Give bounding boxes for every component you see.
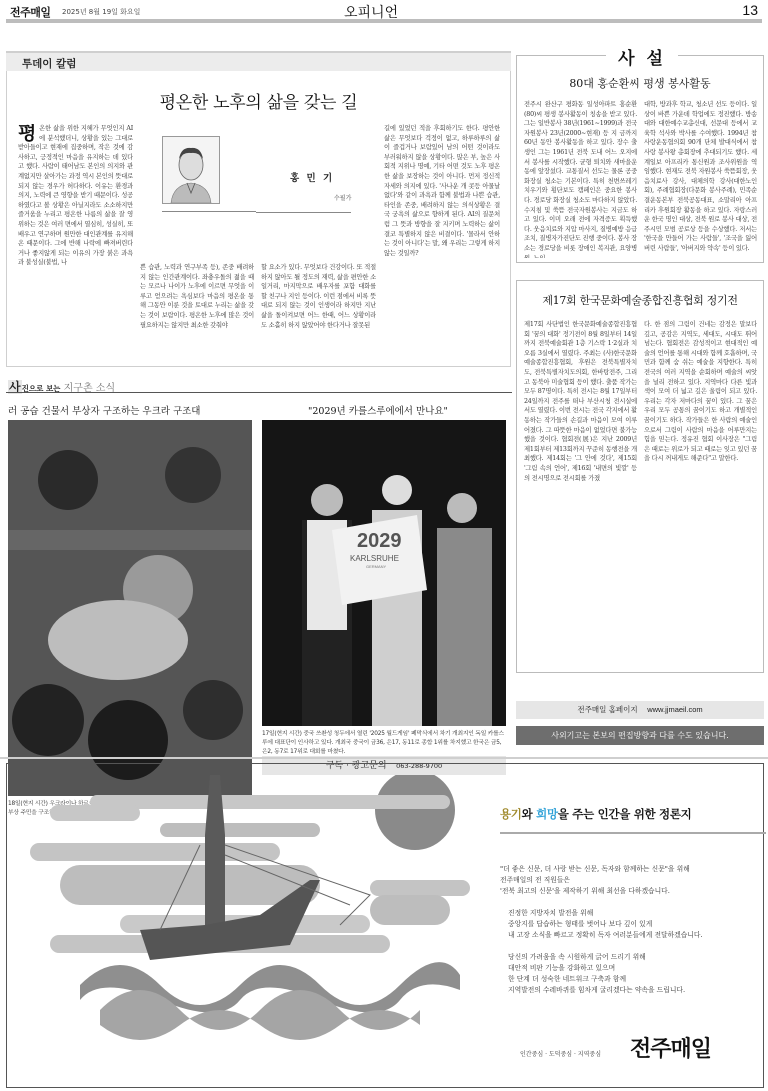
homepage-bar[interactable]: 전주매일 홈페이지 www.jjmaeil.com xyxy=(516,701,764,719)
page-number: 13 xyxy=(742,2,758,18)
editorial-label: 사 설 xyxy=(606,44,678,69)
homepage-label: 전주매일 홈페이지 xyxy=(577,705,637,714)
ad-slogan: 인간중심 · 도덕중심 · 지역중심 xyxy=(520,1049,601,1058)
disclaimer-bar: 사외기고는 본보의 편집방향과 다를 수도 있습니다. xyxy=(516,726,764,745)
photo-news-title-2: "2029년 카를스루에에서 만나요" xyxy=(308,403,448,417)
karlsruhe-photo: 2029 KARLSRUHE GERMANY xyxy=(262,420,506,726)
sign-country: GERMANY xyxy=(366,564,386,569)
rescue-scene-illustration xyxy=(8,420,252,796)
author-photo xyxy=(162,136,220,204)
sign-city: KARLSRUHE xyxy=(350,554,399,563)
ad-paragraph-1: "더 좋은 신문, 더 사랑 받는 신문, 독자와 함께하는 신문"을 위해 전… xyxy=(500,864,690,897)
author-role: 수필가 xyxy=(334,193,351,202)
issue-date: 2025년 8월 19일 화요일 xyxy=(62,7,140,17)
sign-year: 2029 xyxy=(357,530,402,553)
photo-base-rule xyxy=(162,211,256,212)
newspaper-logo: 전주매일 xyxy=(10,4,51,20)
ad-logo: 전주매일 xyxy=(630,1032,711,1063)
editorial-title: 80대 홍순환씨 평생 봉사활동 xyxy=(516,75,764,91)
ad-headline-rule xyxy=(500,832,766,834)
today-column-text-4: 길에 있었던 적을 후회하기도 한다. 평안한 삶은 무엇보다 걱정이 없고, … xyxy=(384,124,500,359)
author-portrait-icon xyxy=(163,137,219,203)
today-column-title: 평온한 노후의 삶을 갖는 길 xyxy=(6,88,511,113)
ad-paragraph-3: 당신의 가려움을 속 시원하게 긁어 드리기 위해 대안적 비판 기능을 강화하… xyxy=(508,952,685,996)
karlsruhe-scene-illustration xyxy=(262,420,506,726)
editorial-text-2: 대학, 방과후 학교, 청소년 선도 등이다. 일상이 바쁜 가운데 학업에도 … xyxy=(644,100,757,258)
photo-caption-2: 17일(현지 시간) 중국 쓰촨성 청두에서 열린 '2025 월드게임' 폐막… xyxy=(262,730,506,757)
today-column-text-2: 쁜 습관, 노력과 연구부족 등), 존중 배려하지 않는 인간관계이다. 좌충… xyxy=(140,263,254,359)
rescue-photo xyxy=(8,420,252,796)
sailing-ship-icon xyxy=(20,775,480,1065)
ship-illustration xyxy=(20,775,480,1065)
photo-news-rule xyxy=(6,392,512,393)
author-name: 홍 민 기 xyxy=(290,170,334,184)
ad-paragraph-2: 진정한 지방자치 발전을 위해 중앙지를 답습하는 형태를 벗어나 보다 깊이 … xyxy=(508,908,703,941)
today-column-label: 투데이 칼럼 xyxy=(6,51,511,71)
homepage-url[interactable]: www.jjmaeil.com xyxy=(647,705,702,714)
ad-headline: 용기와 희망을 주는 인간을 위한 정론지 xyxy=(500,806,691,822)
today-column-text-1: 평온한 삶을 위한 지혜가 무엇인지 AI에 분석했더니, 상황을 있는 그대로… xyxy=(18,124,133,359)
today-column-text-3: 할 요소가 있다. 무엇보다 건강이다. 또 적절하지 않아도 될 정도의 재력… xyxy=(261,263,376,359)
art-article-text-1: 제17회 사단법인 한국문화예술종합진흥협회 '꿈의 대화' 정기전이 8월 8… xyxy=(524,320,637,668)
photo-news-title-1: 러 공습 건물서 부상자 구조하는 우크라 구조대 xyxy=(8,403,200,417)
ad-top-rule xyxy=(0,757,768,759)
editorial-text-1: 전주시 완산구 평화동 일성아파트 홍순환(80)씨 평생 봉사활동이 칭송을 … xyxy=(524,100,637,258)
header-rule xyxy=(6,19,762,23)
author-rule xyxy=(256,212,351,213)
art-article-text-2: 다. 한 점의 그림이 건네는 감정은 말보다 깊고, 공감은 지역도, 세대도… xyxy=(644,320,757,668)
dropcap: 평 xyxy=(18,125,36,142)
art-article-title: 제17회 한국문화예술종합진흥협회 정기전 xyxy=(516,292,764,308)
